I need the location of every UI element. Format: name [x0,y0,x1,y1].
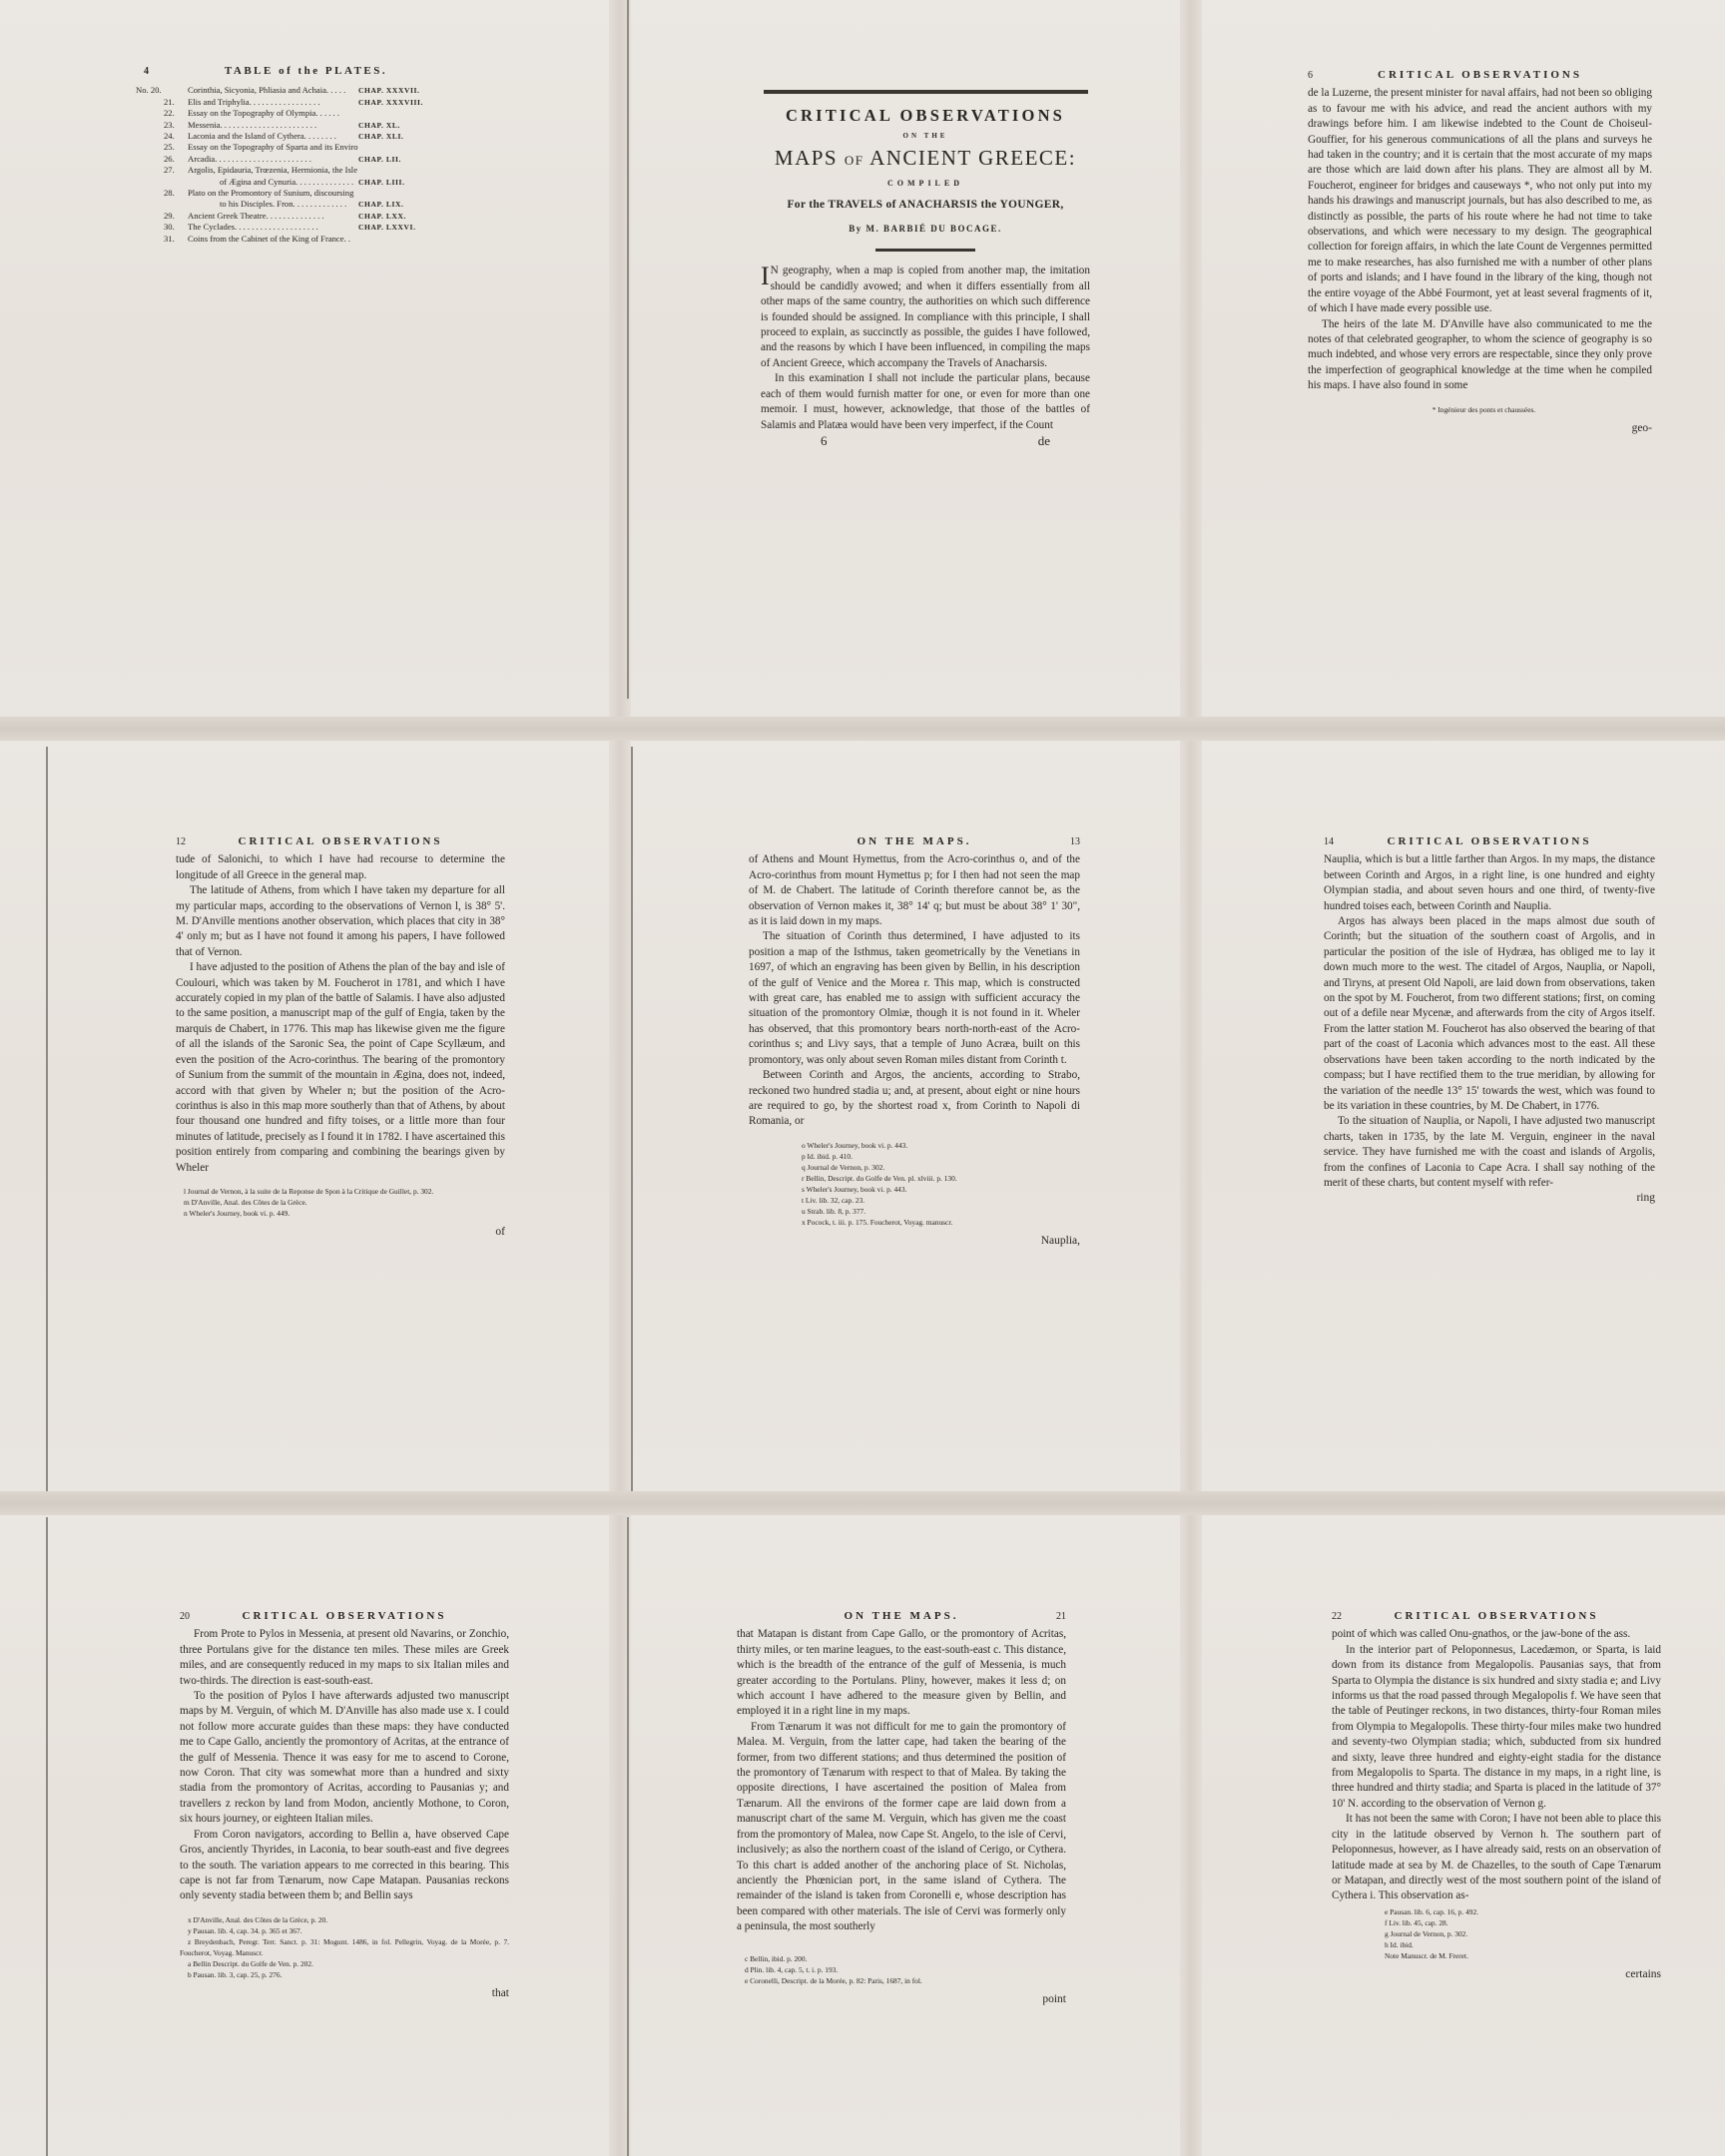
paragraph: To the position of Pylos I have afterwar… [180,1689,509,1828]
running-head: 4 TABLE of the PLATES. [164,64,448,79]
footnote: e Coronelli, Descript. de la Morée, p. 8… [737,1975,1066,1986]
running-head: ON THE MAPS. 13 [749,834,1080,849]
footnote: p Id. ibid. p. 410. [794,1151,1080,1162]
plate-row: No. 20.Corinthia, Sicyonia, Phliasia and… [164,85,448,96]
running-head: 22 CRITICAL OBSERVATIONS [1332,1609,1661,1624]
footnote: a Bellin Descript. du Golfe de Ven. p. 2… [180,1958,509,1969]
footnote: g Journal de Vernon, p. 302. [1377,1928,1661,1939]
plate-row: 28.Plato on the Promontory of Sunium, di… [164,188,448,199]
footnote: n Wheler's Journey, book vi. p. 449. [176,1208,505,1219]
title-maps-of-ancient-greece: MAPS OF ANCIENT GREECE: [761,151,1090,168]
page-edge-line [46,1517,48,2156]
footnote: x D'Anville, Anal. des Côtes de la Grèce… [180,1914,509,1925]
footnotes: x D'Anville, Anal. des Côtes de la Grèce… [180,1914,509,1980]
paragraph: of Athens and Mount Hymettus, from the A… [749,852,1080,929]
catchword: of [176,1225,505,1240]
paragraph: I have adjusted to the position of Athen… [176,960,505,1176]
paragraph: It has not been the same with Coron; I h… [1332,1812,1661,1903]
paragraph: Between Corinth and Argos, the ancients,… [749,1068,1080,1130]
paragraph: The heirs of the late M. D'Anville have … [1308,317,1652,394]
footnote: x Pocock, t. iii. p. 175. Foucherot, Voy… [794,1217,1080,1228]
paragraph: IN geography, when a map is copied from … [761,264,1090,371]
footnote: m D'Anville, Anal. des Côtes de la Grèce… [176,1197,505,1208]
plate-row: 29.Ancient Greek Theatre. . . . . . . . … [164,211,448,222]
catchword: point [737,1992,1066,2007]
paragraph: de la Luzerne, the present minister for … [1308,86,1652,316]
catchword: certains [1332,1967,1661,1982]
plates-list: No. 20.Corinthia, Sicyonia, Phliasia and… [164,85,448,245]
plate-row: of Ægina and Cynuria. . . . . . . . . . … [164,177,448,188]
title-critical-observations: CRITICAL OBSERVATIONS [761,108,1090,123]
title-rule-top [764,90,1088,94]
plate-row: to his Disciples. Fron. . . . . . . . . … [164,199,448,210]
footnote: * Ingénieur des ponts et chaussées. [1308,404,1652,415]
catchword: geo- [1308,421,1652,436]
title-rule-bottom [875,249,975,252]
plate-row: 30.The Cyclades. . . . . . . . . . . . .… [164,222,448,233]
page-edge-line [631,747,633,1491]
paragraph: In this examination I shall not include … [761,371,1090,433]
footnote: l Journal de Vernon, à la suite de la Re… [176,1186,505,1197]
title-on-the: ON THE [761,129,1090,144]
paragraph: Nauplia, which is but a little farther t… [1324,852,1655,914]
paragraph: The situation of Corinth thus determined… [749,929,1080,1068]
plate-row: 27.Argolis, Epidauria, Trœzenia, Hermion… [164,165,448,176]
page-13: ON THE MAPS. 13 of Athens and Mount Hyme… [749,834,1080,1249]
footnote: t Liv. lib. 32, cap. 23. [794,1195,1080,1206]
plate-row: 23.Messenia. . . . . . . . . . . . . . .… [164,120,448,131]
running-head: 20 CRITICAL OBSERVATIONS [180,1609,509,1624]
fold-band-bottom [0,1491,1725,1515]
page-12: 12 CRITICAL OBSERVATIONS tude of Salonic… [176,834,505,1240]
paragraph: tude of Salonichi, to which I have had r… [176,852,505,883]
footnote: r Bellin, Descript. du Golfe de Ven. pl.… [794,1173,1080,1184]
footnote: e Pausan. lib. 6, cap. 16, p. 492. [1377,1906,1661,1917]
paragraph: In the interior part of Peloponnesus, La… [1332,1643,1661,1812]
footnote: u Strab. lib. 8, p. 377. [794,1206,1080,1217]
footnote: f Liv. lib. 45, cap. 28. [1377,1917,1661,1928]
title-for-travels: For the TRAVELS of ANACHARSIS the YOUNGE… [761,198,1090,213]
page-footer: 6 de [761,433,1090,448]
footnotes: o Wheler's Journey, book vi. p. 443. p I… [749,1140,1080,1228]
footnote: z Breydenbach, Peregr. Terr. Sanct. p. 3… [180,1936,509,1958]
running-head: ON THE MAPS. 21 [737,1609,1066,1624]
page-number: 4 [144,64,152,79]
footnote: b Pausan. lib. 3, cap. 25, p. 276. [180,1969,509,1980]
paragraph: Argos has always been placed in the maps… [1324,914,1655,1114]
page-21: ON THE MAPS. 21 that Matapan is distant … [737,1609,1066,2007]
page-number: 14 [1324,834,1344,849]
footnotes: e Pausan. lib. 6, cap. 16, p. 492. f Liv… [1332,1906,1661,1961]
fold-band-top [0,717,1725,741]
plate-row: 24.Laconia and the Island of Cythera. . … [164,131,448,142]
running-head: 6 CRITICAL OBSERVATIONS [1308,68,1652,83]
footnote: s Wheler's Journey, book vi. p. 443. [794,1184,1080,1195]
page-number: 6 [1308,68,1328,83]
body-text: IN geography, when a map is copied from … [761,264,1090,432]
page-20: 20 CRITICAL OBSERVATIONS From Prote to P… [180,1609,509,2001]
page-14: 14 CRITICAL OBSERVATIONS Nauplia, which … [1324,834,1655,1207]
running-head: 12 CRITICAL OBSERVATIONS [176,834,505,849]
page-number: 12 [176,834,196,849]
paragraph: The latitude of Athens, from which I hav… [176,883,505,960]
page-edge-line [627,1517,629,2156]
plate-row: 22.Essay on the Topography of Olympia. .… [164,108,448,119]
drop-cap: I [761,266,770,287]
page-number: 21 [1046,1609,1066,1624]
footnotes: l Journal de Vernon, à la suite de la Re… [176,1186,505,1219]
page-number: 22 [1332,1609,1352,1624]
paragraph: that Matapan is distant from Cape Gallo,… [737,1627,1066,1719]
footnote: d Plin. lib. 4, cap. 5, t. i. p. 193. [737,1964,1066,1975]
footnotes: c Bellin, ibid. p. 200. d Plin. lib. 4, … [737,1953,1066,1986]
page-edge-line [46,747,48,1491]
page-22: 22 CRITICAL OBSERVATIONS point of which … [1332,1609,1661,1982]
gutter-right [1180,0,1202,2156]
paragraph: From Tænarum it was not difficult for me… [737,1720,1066,1935]
page-title-page: CRITICAL OBSERVATIONS ON THE MAPS OF ANC… [761,90,1090,448]
page-number: 13 [1060,834,1080,849]
plate-row: 31.Coins from the Cabinet of the King of… [164,234,448,245]
plate-row: 26.Arcadia. . . . . . . . . . . . . . . … [164,154,448,165]
footnote: q Journal de Vernon, p. 302. [794,1162,1080,1173]
paragraph: To the situation of Nauplia, or Napoli, … [1324,1114,1655,1191]
page-table-of-plates: 4 TABLE of the PLATES. No. 20.Corinthia,… [164,64,448,245]
paragraph: From Prote to Pylos in Messenia, at pres… [180,1627,509,1689]
footnotes: * Ingénieur des ponts et chaussées. [1308,404,1652,415]
footnote: y Pausan. lib. 4, cap. 34. p. 365 et 367… [180,1925,509,1936]
catchword: that [180,1986,509,2001]
footnote: h Id. ibid. [1377,1939,1661,1950]
catchword: Nauplia, [749,1234,1080,1249]
paragraph: point of which was called Onu-gnathos, o… [1332,1627,1661,1642]
title-author: By M. BARBIÉ DU BOCAGE. [761,222,1090,237]
catchword: ring [1324,1191,1655,1206]
signature-mark: 6 [821,433,828,448]
catchword: de [1038,433,1050,448]
plate-row: 21.Elis and Triphylia. . . . . . . . . .… [164,97,448,108]
footnote: o Wheler's Journey, book vi. p. 443. [794,1140,1080,1151]
page-edge-line [627,0,629,699]
page-6: 6 CRITICAL OBSERVATIONS de la Luzerne, t… [1308,68,1652,436]
plate-row: 25.Essay on the Topography of Sparta and… [164,142,448,153]
page-number: 20 [180,1609,200,1624]
running-head: 14 CRITICAL OBSERVATIONS [1324,834,1655,849]
title-compiled: COMPILED [761,176,1090,191]
footnote: Note Manuscr. de M. Freret. [1377,1950,1661,1961]
footnote: c Bellin, ibid. p. 200. [737,1953,1066,1964]
paragraph: From Coron navigators, according to Bell… [180,1828,509,1904]
